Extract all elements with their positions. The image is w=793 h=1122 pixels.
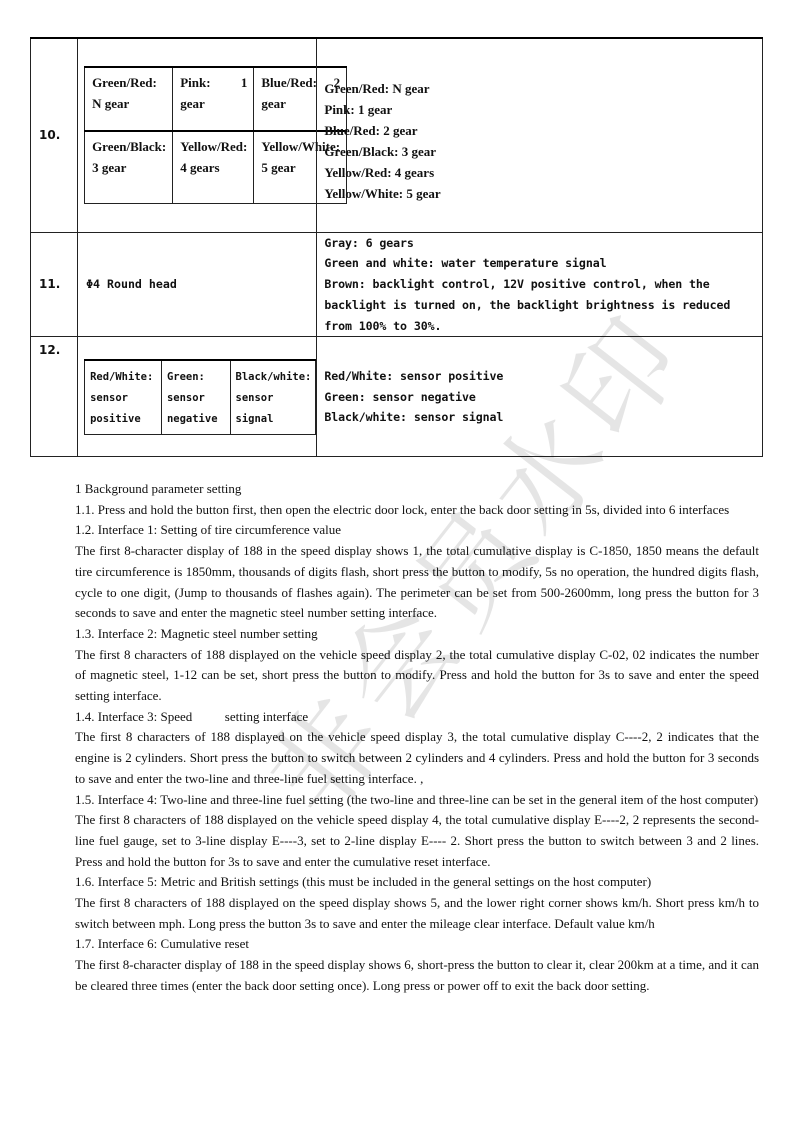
- description-line: Blue/Red: 2 gear: [324, 120, 762, 141]
- connector-type: Φ4 Round head: [78, 232, 317, 337]
- parameter-setting-section: 1 Background parameter setting 1.1. Pres…: [75, 479, 759, 997]
- inner-cell: Pink: 1 gear: [173, 67, 254, 131]
- signal-description: Gray: 6 gears Green and white: water tem…: [317, 232, 763, 337]
- table-row: 12. Red/White: sensor positive Green: se…: [31, 337, 763, 457]
- description-line: Black/white: sensor signal: [324, 407, 762, 428]
- gear-wire-inner-table: Green/Red: N gear Pink: 1 gear Blue/Red:…: [84, 66, 347, 204]
- description-line: Red/White: sensor positive: [324, 366, 762, 387]
- inner-cell: Red/White: sensor positive: [85, 360, 162, 435]
- table-row: 10. Green/Red: N gear Pink: 1 gear Blue/…: [31, 38, 763, 232]
- paragraph: The first 8 characters of 188 displayed …: [75, 645, 759, 707]
- subsection-heading: 1.3. Interface 2: Magnetic steel number …: [75, 624, 759, 645]
- paragraph: 1.1. Press and hold the button first, th…: [75, 500, 759, 521]
- paragraph: The first 8 characters of 188 displayed …: [75, 893, 759, 934]
- paragraph: The first 8-character display of 188 in …: [75, 541, 759, 624]
- document-page: 10. Green/Red: N gear Pink: 1 gear Blue/…: [0, 0, 793, 1122]
- description-line: Green and white: water temperature signa…: [324, 253, 762, 274]
- subsection-heading: 1.4. Interface 3: Speed setting interfac…: [75, 707, 759, 728]
- description-line: Green: sensor negative: [324, 387, 762, 408]
- inner-cell: Green/Red: N gear: [85, 67, 173, 131]
- inner-cell: Green/Black: 3 gear: [85, 131, 173, 204]
- sensor-description: Red/White: sensor positive Green: sensor…: [317, 337, 763, 457]
- description-line: Yellow/White: 5 gear: [324, 183, 762, 204]
- wiring-spec-table: 10. Green/Red: N gear Pink: 1 gear Blue/…: [30, 37, 763, 457]
- sensor-wire-cell: Red/White: sensor positive Green: sensor…: [78, 337, 317, 457]
- description-line: Gray: 6 gears: [324, 233, 762, 254]
- paragraph: The first 8 characters of 188 displayed …: [75, 727, 759, 789]
- description-line: Brown: backlight control, 12V positive c…: [324, 274, 762, 336]
- paragraph: The first 8-character display of 188 in …: [75, 955, 759, 996]
- inner-cell: Green: sensor negative: [161, 360, 230, 435]
- sensor-wire-inner-table: Red/White: sensor positive Green: sensor…: [84, 359, 316, 435]
- section-heading: 1 Background parameter setting: [75, 479, 759, 500]
- gear-wire-description: Green/Red: N gear Pink: 1 gear Blue/Red:…: [317, 38, 763, 232]
- inner-cell: Black/white: sensor signal: [230, 360, 316, 435]
- table-row: 11. Φ4 Round head Gray: 6 gears Green an…: [31, 232, 763, 337]
- row-number: 12.: [31, 337, 78, 457]
- subsection-heading: 1.7. Interface 6: Cumulative reset: [75, 934, 759, 955]
- description-line: Pink: 1 gear: [324, 99, 762, 120]
- row-number: 11.: [31, 232, 78, 337]
- inner-cell: Yellow/Red: 4 gears: [173, 131, 254, 204]
- subsection-heading: 1.6. Interface 5: Metric and British set…: [75, 872, 759, 893]
- description-line: Green/Red: N gear: [324, 78, 762, 99]
- row-number: 10.: [31, 38, 78, 232]
- subsection-heading: 1.5. Interface 4: Two-line and three-lin…: [75, 790, 759, 811]
- paragraph: The first 8 characters of 188 displayed …: [75, 810, 759, 872]
- subsection-heading: 1.2. Interface 1: Setting of tire circum…: [75, 520, 759, 541]
- description-line: Green/Black: 3 gear: [324, 141, 762, 162]
- description-line: Yellow/Red: 4 gears: [324, 162, 762, 183]
- gear-wire-cell: Green/Red: N gear Pink: 1 gear Blue/Red:…: [78, 38, 317, 232]
